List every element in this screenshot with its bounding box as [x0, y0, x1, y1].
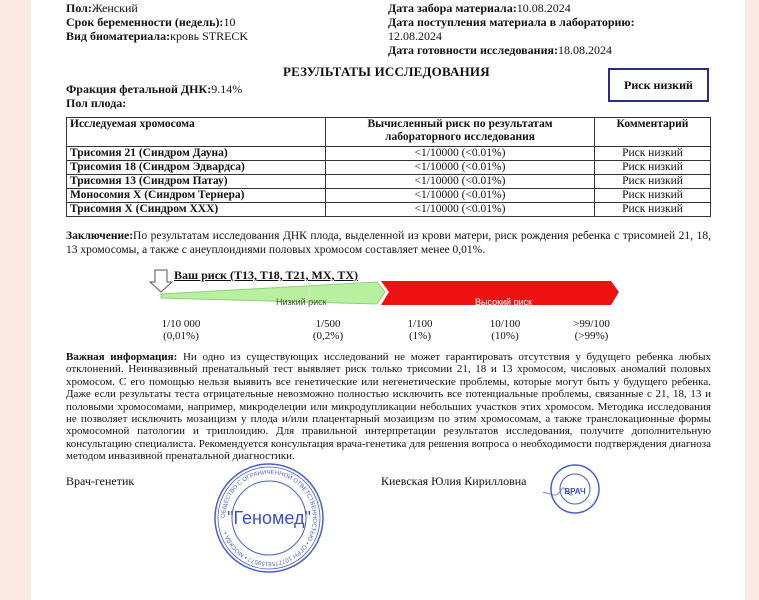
tick-percent: (10%) — [480, 330, 530, 342]
scale-tick: 10/100 (10%) — [480, 318, 530, 342]
scale-tick: 1/100 (1%) — [395, 318, 445, 342]
chromosome-cell: Трисомия 21 (Синдром Дауна) — [67, 147, 326, 161]
risk-cell: <1/10000 (<0.01%) — [326, 161, 595, 175]
low-risk-band — [161, 282, 385, 304]
doctor-stamp-icon: ВРАЧ — [543, 460, 601, 518]
received-date-value: 12.08.2024 — [388, 29, 442, 43]
doctor-stamp: ВРАЧ — [543, 460, 601, 518]
table-row: Моносомия X (Синдром Тернера) <1/10000 (… — [67, 189, 711, 203]
received-date-label: Дата поступления материала в лабораторию… — [388, 15, 635, 29]
comment-cell: Риск низкий — [595, 203, 711, 217]
chromosome-cell: Моносомия X (Синдром Тернера) — [67, 189, 326, 203]
patient-sex-value: Женский — [92, 1, 138, 15]
important-info-text: Ни одно из существующих исследований не … — [66, 351, 711, 462]
tick-value: >99/100 — [564, 318, 619, 330]
company-stamp-icon: ОБЩЕСТВО С ОГРАНИЧЕННОЙ ОТВЕТСТВЕННОСТЬЮ… — [213, 462, 325, 574]
comment-cell: Риск низкий — [595, 189, 711, 203]
tick-value: 1/500 — [303, 318, 353, 330]
tick-percent: (0,01%) — [151, 330, 211, 342]
header-chromosome: Исследуемая хромосома — [67, 118, 326, 147]
tick-percent: (>99%) — [564, 330, 619, 342]
gestation-label: Срок беременности (недель): — [66, 15, 223, 29]
gestation-weeks: Срок беременности (недель):10 — [66, 15, 235, 29]
patient-sex-label: Пол: — [66, 1, 92, 15]
fetal-sex-label: Пол плода: — [66, 96, 126, 110]
risk-cell: <1/10000 (<0.01%) — [326, 175, 595, 189]
doctor-role: Врач-генетик — [66, 474, 134, 489]
comment-cell: Риск низкий — [595, 175, 711, 189]
risk-cell: <1/10000 (<0.01%) — [326, 203, 595, 217]
header-comment: Комментарий — [595, 118, 711, 147]
results-title: РЕЗУЛЬТАТЫ ИССЛЕДОВАНИЯ — [283, 64, 490, 80]
header-risk: Вычисленный риск по результатам лаборато… — [326, 118, 595, 147]
comment-cell: Риск низкий — [595, 147, 711, 161]
important-info: Важная информация: Ни одно из существующ… — [66, 351, 711, 463]
conclusion-text: По результатам исследования ДНК плода, в… — [66, 230, 711, 256]
chromosome-cell: Трисомия 13 (Синдром Патау) — [67, 175, 326, 189]
fetal-fraction: Фракция фетальной ДНК:9.14% — [66, 82, 242, 96]
high-risk-label: Высокий риск — [475, 297, 532, 307]
tick-value: 1/100 — [395, 318, 445, 330]
biomaterial-label: Вид биоматериала: — [66, 29, 170, 43]
company-stamp: ОБЩЕСТВО С ОГРАНИЧЕННОЙ ОТВЕТСТВЕННОСТЬЮ… — [213, 462, 325, 574]
conclusion: Заключение:По результатам исследования Д… — [66, 229, 711, 257]
svg-text:ВРАЧ: ВРАЧ — [564, 487, 586, 496]
table-row: Трисомия 21 (Синдром Дауна) <1/10000 (<0… — [67, 147, 711, 161]
collection-date: Дата забора материала:10.08.2024 — [388, 1, 571, 15]
received-date-label-text: Дата поступления материала в лабораторию… — [388, 15, 635, 29]
collection-date-value: 10.08.2024 — [517, 1, 571, 15]
table-row: Трисомия 13 (Синдром Патау) <1/10000 (<0… — [67, 175, 711, 189]
risk-marker-arrow-icon — [150, 270, 172, 292]
biomaterial: Вид биоматериала:кровь STRECK — [66, 29, 248, 43]
tick-value: 1/10 000 — [151, 318, 211, 330]
gestation-value: 10 — [223, 15, 235, 29]
scale-tick: 1/10 000 (0,01%) — [151, 318, 211, 342]
tick-percent: (1%) — [395, 330, 445, 342]
table-header-row: Исследуемая хромосома Вычисленный риск п… — [67, 118, 711, 147]
risk-scale-graphic — [149, 268, 629, 318]
report-page: Пол:Женский Срок беременности (недель):1… — [31, 0, 745, 600]
risk-cell: <1/10000 (<0.01%) — [326, 147, 595, 161]
comment-cell: Риск низкий — [595, 161, 711, 175]
svg-text:"Геномед": "Геномед" — [227, 508, 311, 528]
fetal-fraction-value: 9.14% — [211, 82, 242, 96]
collection-date-label: Дата забора материала: — [388, 1, 517, 15]
doctor-name: Киевская Юлия Кирилловна — [381, 474, 527, 489]
ready-date-value: 18.08.2024 — [558, 43, 612, 57]
chromosome-cell: Трисомия 18 (Синдром Эдвардса) — [67, 161, 326, 175]
fetal-sex: Пол плода: — [66, 96, 126, 110]
ready-date: Дата готовности исследования:18.08.2024 — [388, 43, 612, 57]
biomaterial-value: кровь STRECK — [170, 29, 248, 43]
low-risk-label: Низкий риск — [276, 297, 327, 307]
scale-tick: 1/500 (0,2%) — [303, 318, 353, 342]
results-table: Исследуемая хромосома Вычисленный риск п… — [66, 117, 711, 217]
tick-percent: (0,2%) — [303, 330, 353, 342]
table-row: Трисомия X (Синдром XXX) <1/10000 (<0.01… — [67, 203, 711, 217]
table-row: Трисомия 18 (Синдром Эдвардса) <1/10000 … — [67, 161, 711, 175]
chromosome-cell: Трисомия X (Синдром XXX) — [67, 203, 326, 217]
scale-tick: >99/100 (>99%) — [564, 318, 619, 342]
important-info-label: Важная информация: — [66, 351, 177, 363]
overall-risk-badge: Риск низкий — [608, 68, 709, 102]
ready-date-label: Дата готовности исследования: — [388, 43, 558, 57]
patient-sex: Пол:Женский — [66, 1, 138, 15]
tick-value: 10/100 — [480, 318, 530, 330]
fetal-fraction-label: Фракция фетальной ДНК: — [66, 82, 211, 96]
conclusion-label: Заключение: — [66, 230, 133, 242]
risk-cell: <1/10000 (<0.01%) — [326, 189, 595, 203]
